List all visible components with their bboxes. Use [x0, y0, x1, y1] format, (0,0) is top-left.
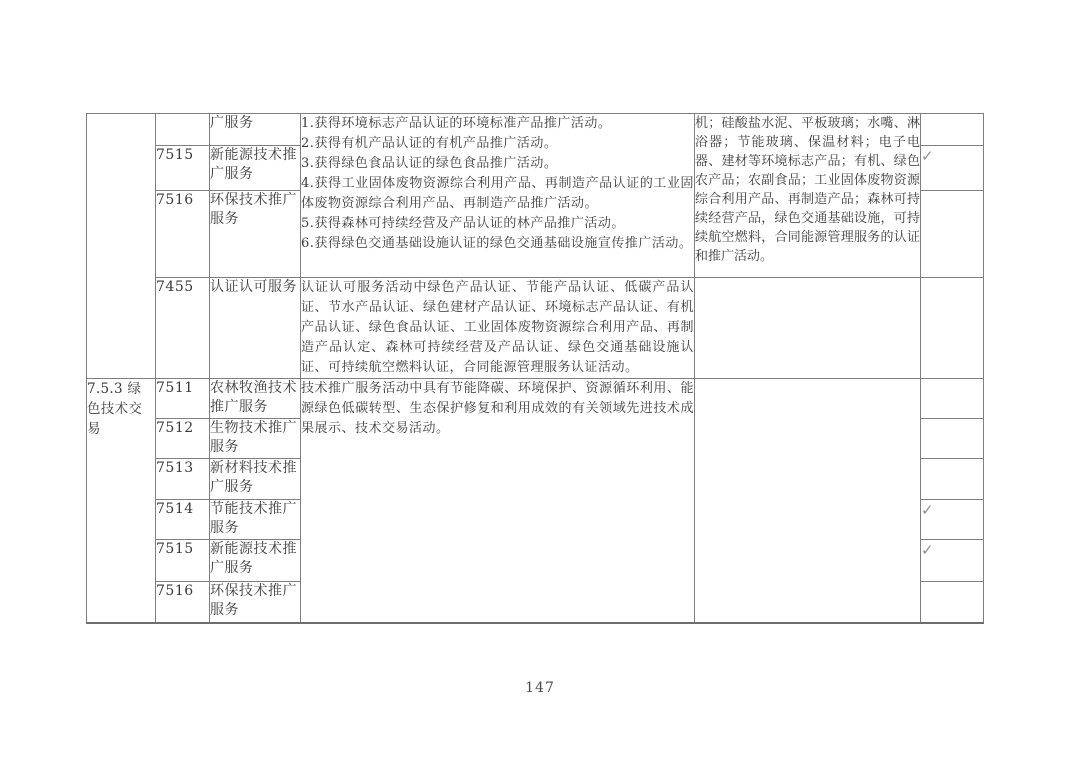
title-cell: 农林牧渔技术推广服务	[210, 379, 301, 419]
title-cell: 环保技术推广服务	[210, 191, 301, 278]
category-cell: 7.5.3 绿色技术交易	[87, 379, 156, 623]
table-row: 7.5.3 绿色技术交易 7511 农林牧渔技术推广服务 技术推广服务活动中具有…	[87, 379, 984, 419]
title-cell: 新材料技术推广服务	[210, 459, 301, 500]
classification-table: 广服务 1.获得环境标志产品认证的环境标准产品推广活动。 2.获得有机产品认证的…	[86, 113, 984, 624]
title-cell: 认证认可服务	[210, 278, 301, 379]
code-cell: 7515	[156, 146, 210, 191]
code-cell: 7511	[156, 379, 210, 419]
title-cell: 新能源技术推广服务	[210, 540, 301, 582]
description-cell: 技术推广服务活动中具有节能降碳、环境保护、资源循环利用、能源绿色低碳转型、生态保…	[301, 379, 695, 623]
title-cell: 新能源技术推广服务	[210, 146, 301, 191]
table-row: 广服务 1.获得环境标志产品认证的环境标准产品推广活动。 2.获得有机产品认证的…	[87, 114, 984, 146]
page-number: 147	[0, 680, 1080, 696]
code-cell: 7515	[156, 540, 210, 582]
code-cell: 7516	[156, 191, 210, 278]
check-cell: ✓	[921, 146, 984, 191]
table-row: 7455 认证认可服务 认证认可服务活动中绿色产品认证、节能产品认证、低碳产品认…	[87, 278, 984, 379]
checkmark-icon: ✓	[921, 541, 934, 559]
title-cell: 广服务	[210, 114, 301, 146]
check-cell: ✓	[921, 540, 984, 582]
scope-cell: 机；硅酸盐水泥、平板玻璃；水嘴、淋浴器；节能玻璃、保温材料；电子电器、建材等环境…	[695, 114, 921, 278]
category-cell	[87, 114, 156, 379]
title-cell: 节能技术推广服务	[210, 500, 301, 540]
check-cell	[921, 459, 984, 500]
title-cell: 环保技术推广服务	[210, 582, 301, 623]
check-cell	[921, 379, 984, 419]
description-cell: 1.获得环境标志产品认证的环境标准产品推广活动。 2.获得有机产品认证的有机产品…	[301, 114, 695, 278]
checkmark-icon: ✓	[921, 147, 934, 165]
code-cell: 7514	[156, 500, 210, 540]
scope-cell	[695, 379, 921, 623]
check-cell	[921, 419, 984, 459]
check-cell: ✓	[921, 500, 984, 540]
code-cell: 7516	[156, 582, 210, 623]
check-cell	[921, 191, 984, 278]
title-cell: 生物技术推广服务	[210, 419, 301, 459]
code-cell: 7513	[156, 459, 210, 500]
code-cell	[156, 114, 210, 146]
checkmark-icon: ✓	[921, 501, 934, 519]
code-cell: 7455	[156, 278, 210, 379]
document-page: 广服务 1.获得环境标志产品认证的环境标准产品推广活动。 2.获得有机产品认证的…	[0, 0, 1080, 764]
check-cell	[921, 114, 984, 146]
code-cell: 7512	[156, 419, 210, 459]
description-cell: 认证认可服务活动中绿色产品认证、节能产品认证、低碳产品认证、节水产品认证、绿色建…	[301, 278, 695, 379]
scope-cell	[695, 278, 921, 379]
check-cell	[921, 582, 984, 623]
check-cell	[921, 278, 984, 379]
